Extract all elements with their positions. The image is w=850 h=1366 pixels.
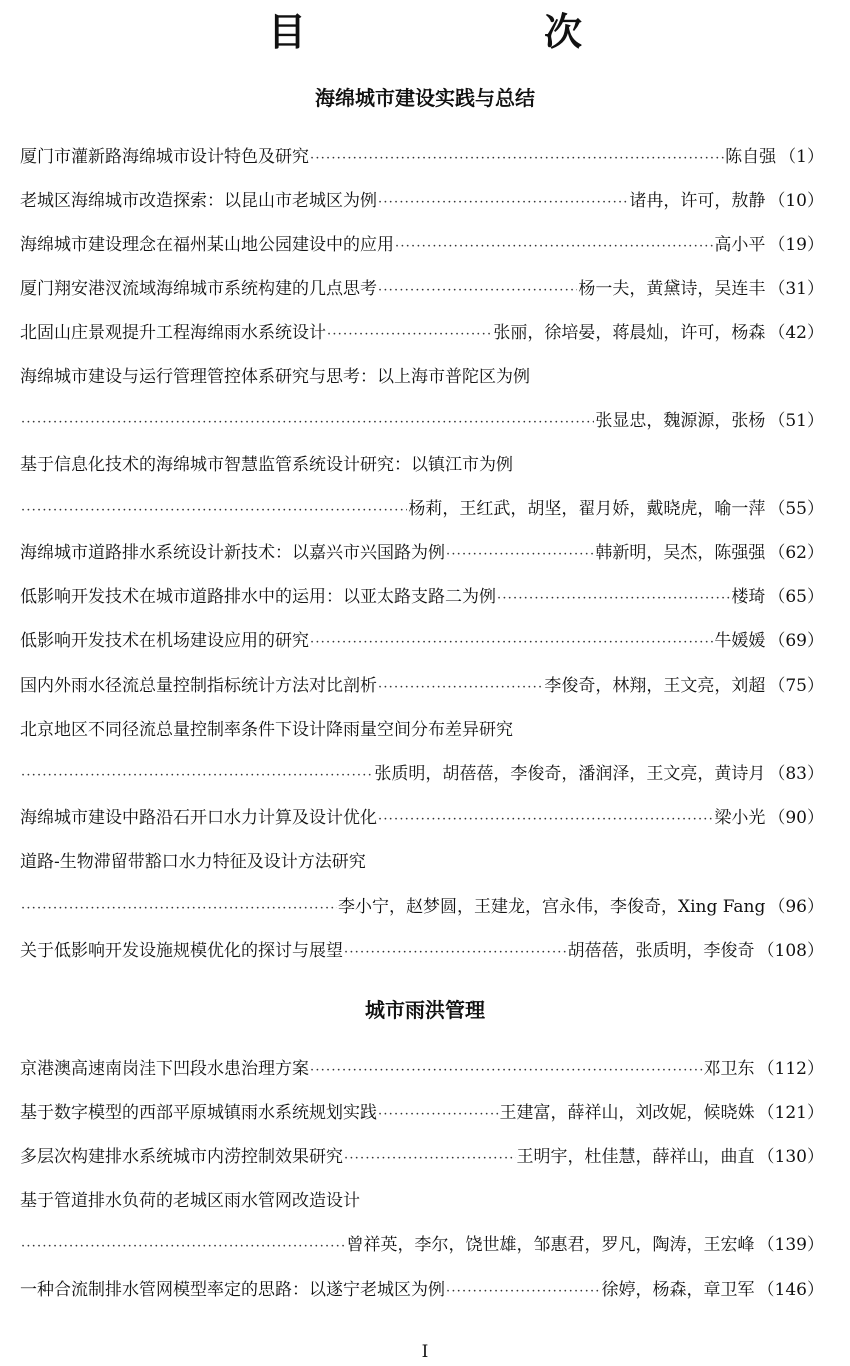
entry-authors: 高小平 (714, 230, 765, 260)
entry-title: 基于数字模型的西部平原城镇雨水系统规划实践 (20, 1098, 377, 1128)
page-number: I (0, 1338, 850, 1366)
leader-dots (497, 584, 730, 614)
entry-title: 北京地区不同径流总量控制率条件下设计降雨量空间分布差异研究 (20, 720, 513, 740)
toc-entry-title-line[interactable]: 海绵城市建设与运行管理管控体系研究与思考：以上海市普陀区为例 (20, 362, 824, 392)
entry-authors: 杨莉，王红武，胡坚，翟月娇，戴晓虎，喻一萍 (408, 494, 765, 524)
entry-page: （51） (768, 406, 824, 436)
entry-authors: 王建富，薛祥山，刘改妮，候晓姝 (500, 1098, 755, 1128)
entry-authors: 李小宁，赵梦圆，王建龙，宫永伟，李俊奇，Xing Fang (338, 892, 765, 922)
entry-title: 京港澳高速南岗洼下凹段水患治理方案 (20, 1054, 309, 1084)
entry-title: 国内外雨水径流总量控制指标统计方法对比剖析 (20, 671, 377, 701)
entry-authors: 诸冉，许可，敖静 (629, 186, 765, 216)
leader-dots (310, 144, 724, 174)
entry-title: 海绵城市建设与运行管理管控体系研究与思考：以上海市普陀区为例 (20, 367, 530, 387)
leader-dots (310, 1056, 703, 1086)
toc-entry-author-line[interactable]: 张显忠，魏源源，张杨 （51） (20, 406, 824, 436)
leader-dots (327, 320, 492, 350)
entry-authors: 邓卫东 (704, 1054, 755, 1084)
entry-page: （112） (758, 1054, 824, 1084)
toc-entry[interactable]: 一种合流制排水管网模型率定的思路：以遂宁老城区为例 徐婷，杨森，章卫军 （146… (20, 1275, 824, 1305)
entry-title: 道路-生物滞留带豁口水力特征及设计方法研究 (20, 852, 366, 872)
entry-page: （65） (768, 582, 824, 612)
entry-page: （19） (768, 230, 824, 260)
toc-entry[interactable]: 基于数字模型的西部平原城镇雨水系统规划实践 王建富，薛祥山，刘改妮，候晓姝 （1… (20, 1098, 824, 1128)
toc-entry-title-line[interactable]: 北京地区不同径流总量控制率条件下设计降雨量空间分布差异研究 (20, 715, 824, 745)
entry-title: 北固山庄景观提升工程海绵雨水系统设计 (20, 318, 326, 348)
toc-entry[interactable]: 国内外雨水径流总量控制指标统计方法对比剖析 李俊奇，林翔，王文亮，刘超 （75） (20, 671, 824, 701)
leader-dots (378, 673, 543, 703)
entry-page: （96） (768, 892, 824, 922)
section-heading: 城市雨洪管理 (0, 996, 850, 1024)
toc-entry[interactable]: 厦门市灌新路海绵城市设计特色及研究 陈自强 （1） (20, 142, 824, 172)
entry-title: 老城区海绵城市改造探索：以昆山市老城区为例 (20, 186, 377, 216)
entry-authors: 李俊奇，林翔，王文亮，刘超 (544, 671, 765, 701)
entry-page: （55） (768, 494, 824, 524)
entry-page: （90） (768, 803, 824, 833)
entry-page: （42） (768, 318, 824, 348)
entry-authors: 韩新明，吴杰，陈强强 (595, 538, 765, 568)
leader-dots (310, 628, 713, 658)
toc-entry[interactable]: 老城区海绵城市改造探索：以昆山市老城区为例 诸冉，许可，敖静 （10） (20, 186, 824, 216)
entry-authors: 梁小光 (714, 803, 765, 833)
leader-dots (378, 805, 713, 835)
leader-dots (21, 408, 594, 438)
toc-entry[interactable]: 低影响开发技术在机场建设应用的研究 牛媛媛 （69） (20, 626, 824, 656)
entry-title: 一种合流制排水管网模型率定的思路：以遂宁老城区为例 (20, 1275, 445, 1305)
entry-page: （130） (758, 1142, 824, 1172)
entry-page: （139） (758, 1230, 824, 1260)
toc-entry-title-line[interactable]: 基于信息化技术的海绵城市智慧监管系统设计研究：以镇江市为例 (20, 450, 824, 480)
entry-title: 低影响开发技术在机场建设应用的研究 (20, 626, 309, 656)
entry-authors: 张显忠，魏源源，张杨 (595, 406, 765, 436)
entry-title: 基于信息化技术的海绵城市智慧监管系统设计研究：以镇江市为例 (20, 455, 513, 475)
entry-title: 海绵城市道路排水系统设计新技术：以嘉兴市兴国路为例 (20, 538, 445, 568)
toc-entry[interactable]: 海绵城市建设中路沿石开口水力计算及设计优化 梁小光 （90） (20, 803, 824, 833)
leader-dots (344, 1144, 516, 1174)
section-heading: 海绵城市建设实践与总结 (0, 84, 850, 112)
entry-page: （10） (768, 186, 824, 216)
entry-page: （1） (779, 142, 824, 172)
leader-dots (344, 938, 567, 968)
entry-authors: 张丽，徐培晏，蒋晨灿，许可，杨森 (493, 318, 765, 348)
leader-dots (395, 232, 713, 262)
entry-authors: 徐婷，杨森，章卫军 (602, 1275, 755, 1305)
toc-entry-author-line[interactable]: 张质明，胡蓓蓓，李俊奇，潘润泽，王文亮，黄诗月 （83） (20, 759, 824, 789)
entry-page: （121） (758, 1098, 824, 1128)
entry-title: 低影响开发技术在城市道路排水中的运用：以亚太路支路二为例 (20, 582, 496, 612)
entry-authors: 陈自强 (725, 142, 776, 172)
toc-entry[interactable]: 多层次构建排水系统城市内涝控制效果研究 王明宇，杜佳慧，薛祥山，曲直 （130） (20, 1142, 824, 1172)
entry-authors: 王明宇，杜佳慧，薛祥山，曲直 (517, 1142, 755, 1172)
toc-entry[interactable]: 低影响开发技术在城市道路排水中的运用：以亚太路支路二为例 楼琦 （65） (20, 582, 824, 612)
toc-entry[interactable]: 海绵城市建设理念在福州某山地公园建设中的应用 高小平 （19） (20, 230, 824, 260)
entry-authors: 张质明，胡蓓蓓，李俊奇，潘润泽，王文亮，黄诗月 (374, 759, 765, 789)
leader-dots (21, 894, 337, 924)
entry-title: 多层次构建排水系统城市内涝控制效果研究 (20, 1142, 343, 1172)
entry-title: 关于低影响开发设施规模优化的探讨与展望 (20, 936, 343, 966)
toc-entry-title-line[interactable]: 基于管道排水负荷的老城区雨水管网改造设计 (20, 1186, 824, 1216)
toc-entry-title-line[interactable]: 道路-生物滞留带豁口水力特征及设计方法研究 (20, 847, 824, 877)
entry-authors: 杨一夫，黄黛诗，吴连丰 (578, 274, 765, 304)
entry-page: （146） (758, 1275, 824, 1305)
leader-dots (21, 496, 407, 526)
leader-dots (446, 1277, 601, 1307)
entry-authors: 胡蓓蓓，张质明，李俊奇 (568, 936, 755, 966)
toc-entry[interactable]: 海绵城市道路排水系统设计新技术：以嘉兴市兴国路为例 韩新明，吴杰，陈强强 （62… (20, 538, 824, 568)
entry-page: （108） (758, 936, 824, 966)
entry-page: （62） (768, 538, 824, 568)
entry-page: （31） (768, 274, 824, 304)
entry-page: （75） (768, 671, 824, 701)
leader-dots (21, 761, 373, 791)
leader-dots (378, 1100, 499, 1130)
entry-title: 厦门市灌新路海绵城市设计特色及研究 (20, 142, 309, 172)
entry-page: （69） (768, 626, 824, 656)
leader-dots (21, 1232, 346, 1262)
entry-authors: 曾祥英，李尔，饶世雄，邹惠君，罗凡，陶涛，王宏峰 (347, 1230, 755, 1260)
toc-entry[interactable]: 厦门翔安港汊流域海绵城市系统构建的几点思考 杨一夫，黄黛诗，吴连丰 （31） (20, 274, 824, 304)
toc-entry-author-line[interactable]: 曾祥英，李尔，饶世雄，邹惠君，罗凡，陶涛，王宏峰 （139） (20, 1230, 824, 1260)
toc-entry[interactable]: 京港澳高速南岗洼下凹段水患治理方案 邓卫东 （112） (20, 1054, 824, 1084)
toc-entry-author-line[interactable]: 杨莉，王红武，胡坚，翟月娇，戴晓虎，喻一萍 （55） (20, 494, 824, 524)
entry-title: 厦门翔安港汊流域海绵城市系统构建的几点思考 (20, 274, 377, 304)
entry-title: 基于管道排水负荷的老城区雨水管网改造设计 (20, 1191, 360, 1211)
entry-authors: 楼琦 (731, 582, 765, 612)
page-title: 目 次 (0, 6, 850, 58)
entry-authors: 牛媛媛 (714, 626, 765, 656)
entry-title: 海绵城市建设中路沿石开口水力计算及设计优化 (20, 803, 377, 833)
toc-entry-author-line[interactable]: 李小宁，赵梦圆，王建龙，宫永伟，李俊奇，Xing Fang （96） (20, 892, 824, 922)
toc-entry[interactable]: 关于低影响开发设施规模优化的探讨与展望 胡蓓蓓，张质明，李俊奇 （108） (20, 936, 824, 966)
leader-dots (378, 188, 628, 218)
toc-entry[interactable]: 北固山庄景观提升工程海绵雨水系统设计 张丽，徐培晏，蒋晨灿，许可，杨森 （42） (20, 318, 824, 348)
entry-page: （83） (768, 759, 824, 789)
entry-title: 海绵城市建设理念在福州某山地公园建设中的应用 (20, 230, 394, 260)
leader-dots (446, 540, 594, 570)
leader-dots (378, 276, 577, 306)
